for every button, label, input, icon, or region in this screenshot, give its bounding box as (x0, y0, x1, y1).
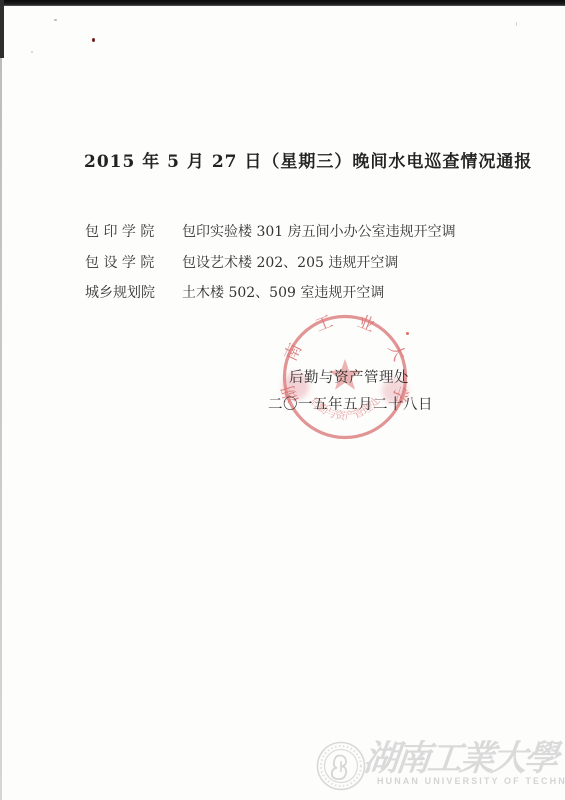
scan-speck (31, 51, 33, 53)
department-name: 包 印 学 院 (85, 221, 182, 241)
department-name: 城乡规划院 (85, 282, 182, 302)
seal-ring-text: 湖南工业大学 (279, 312, 412, 406)
scan-speck (92, 38, 95, 42)
list-item: 城乡规划院 土木楼 502、509 室违规开空调 (85, 282, 456, 302)
notice-title: 2015 年 5 月 27 日（星期三）晚间水电巡查情况通报 (84, 147, 504, 172)
signature-date: 二〇一五年五月二十八日 (268, 393, 433, 414)
scan-speck (54, 19, 57, 21)
violation-list: 包 印 学 院 包印实验楼 301 房五间小办公室违规开空调 包 设 学 院 包… (85, 221, 456, 313)
list-item: 包 设 学 院 包设艺术楼 202、205 违规开空调 (85, 252, 456, 272)
violation-detail: 包设艺术楼 202、205 违规开空调 (182, 252, 398, 272)
svg-text:湖南工业大学: 湖南工业大学 (279, 312, 412, 406)
scan-edge-top (0, 0, 565, 6)
signature-department: 后勤与资产管理处 (289, 366, 409, 387)
scan-edge-left-line (0, 58, 2, 800)
university-name-en: HUNAN UNIVERSITY OF TECHNOLOGY (377, 776, 565, 786)
university-logo-icon (315, 739, 367, 793)
list-item: 包 印 学 院 包印实验楼 301 房五间小办公室违规开空调 (85, 221, 456, 241)
university-name-cn: 湖南工業大學 (361, 731, 558, 781)
violation-detail: 包印实验楼 301 房五间小办公室违规开空调 (182, 221, 456, 241)
violation-detail: 土木楼 502、509 室违规开空调 (182, 282, 384, 302)
scan-speck (516, 22, 517, 26)
scanned-notice-page: 2015 年 5 月 27 日（星期三）晚间水电巡查情况通报 包 印 学 院 包… (0, 0, 565, 800)
department-name: 包 设 学 院 (85, 252, 182, 272)
scan-edge-left-dark (0, 0, 4, 58)
